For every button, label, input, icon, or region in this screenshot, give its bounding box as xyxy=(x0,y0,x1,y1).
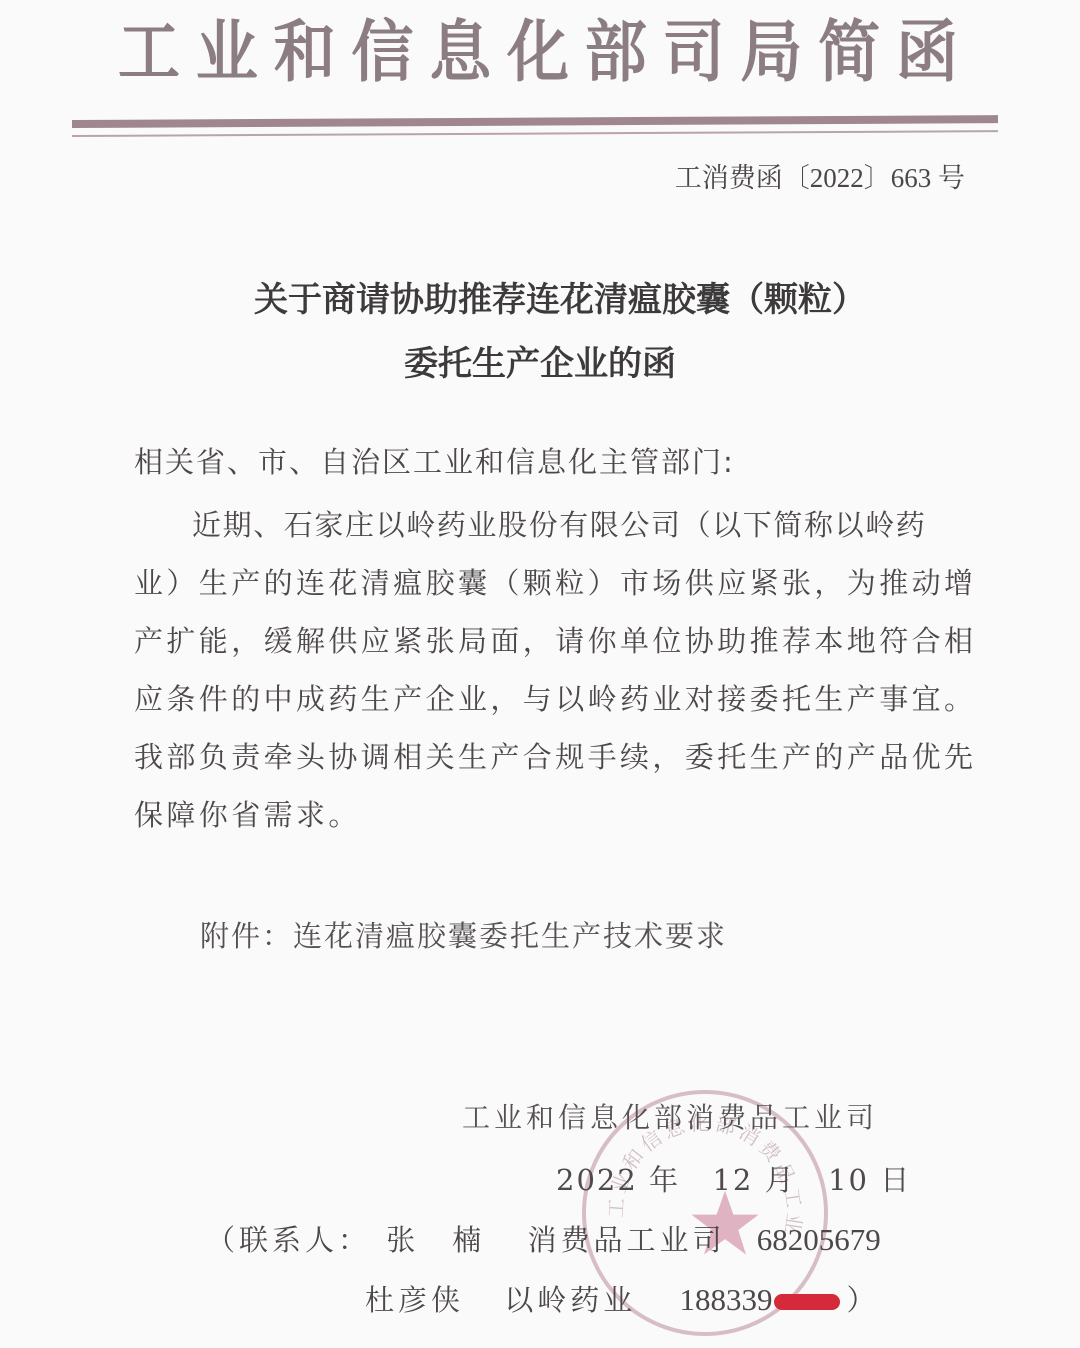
letterhead-char: 简 xyxy=(818,0,880,94)
document-title-line-2: 委托生产企业的函 xyxy=(0,336,1080,385)
body-line: 产扩能，缓解供应紧张局面，请你单位协助推荐本地符合相 xyxy=(134,612,979,670)
document-number: 工消费函〔2022〕663 号 xyxy=(675,156,965,195)
letterhead-char: 司 xyxy=(663,0,725,94)
contact-phone: 188339 xyxy=(679,1282,772,1318)
attachment-note: 附件：连花清瘟胶囊委托生产技术要求 xyxy=(200,914,727,955)
letterhead-rule-thin xyxy=(72,130,998,137)
contact-row: （联系人： 张 楠 消费品工业司 68205679 xyxy=(206,1218,881,1259)
letterhead-rule-thick xyxy=(72,115,998,128)
date-year: 2022 xyxy=(556,1163,638,1197)
signing-date: 2022 年 12 月 10 日 xyxy=(556,1158,911,1199)
letterhead-char: 息 xyxy=(429,0,491,94)
contact-closing-paren: ） xyxy=(846,1278,879,1319)
body-line: 应条件的中成药生产企业，与以岭药业对接委托生产事宜。 xyxy=(134,670,979,728)
date-day-unit: 日 xyxy=(880,1163,911,1197)
letterhead-char: 部 xyxy=(585,0,647,94)
letterhead-char: 化 xyxy=(507,0,569,94)
contact-label: （联系人： xyxy=(206,1218,371,1259)
contact-unit: 以岭药业 xyxy=(504,1278,636,1319)
redaction-mark xyxy=(774,1294,840,1310)
contact-unit: 消费品工业司 xyxy=(527,1218,725,1259)
contact-row: 杜彦侠 以岭药业 188339） xyxy=(365,1278,879,1319)
salutation: 相关省、市、自治区工业和信息化主管部门: xyxy=(134,440,735,481)
date-month-unit: 月 xyxy=(765,1163,796,1197)
date-day: 10 xyxy=(828,1163,869,1197)
date-month: 12 xyxy=(712,1163,753,1197)
letterhead-char: 工 xyxy=(118,0,180,94)
contact-name: 杜彦侠 xyxy=(365,1278,485,1319)
letterhead-char: 函 xyxy=(896,0,958,94)
letterhead-char: 信 xyxy=(351,0,413,94)
body-line: 保障你省需求。 xyxy=(134,786,979,844)
letterhead-title: 工 业 和 信 息 化 部 司 局 简 函 xyxy=(118,6,958,86)
body-paragraph: 近期、石家庄以岭药业股份有限公司（以下简称以岭药 业）生产的连花清瘟胶囊（颗粒）… xyxy=(134,496,979,844)
document-title-line-1: 关于商请协助推荐连花清瘟胶囊（颗粒） xyxy=(20,272,1080,321)
signing-organization: 工业和信息化部消费品工业司 xyxy=(462,1096,878,1136)
letterhead-char: 局 xyxy=(740,0,802,94)
body-line: 业）生产的连花清瘟胶囊（颗粒）市场供应紧张，为推动增 xyxy=(134,554,979,612)
contact-name: 张 楠 xyxy=(386,1218,506,1259)
body-line: 我部负责牵头协调相关生产合规手续，委托生产的产品优先 xyxy=(134,728,979,786)
body-line: 近期、石家庄以岭药业股份有限公司（以下简称以岭药 xyxy=(134,496,979,554)
contact-phone: 68205679 xyxy=(757,1222,881,1258)
date-year-unit: 年 xyxy=(649,1163,680,1197)
letterhead-char: 业 xyxy=(196,0,258,94)
letterhead-char: 和 xyxy=(274,0,336,94)
